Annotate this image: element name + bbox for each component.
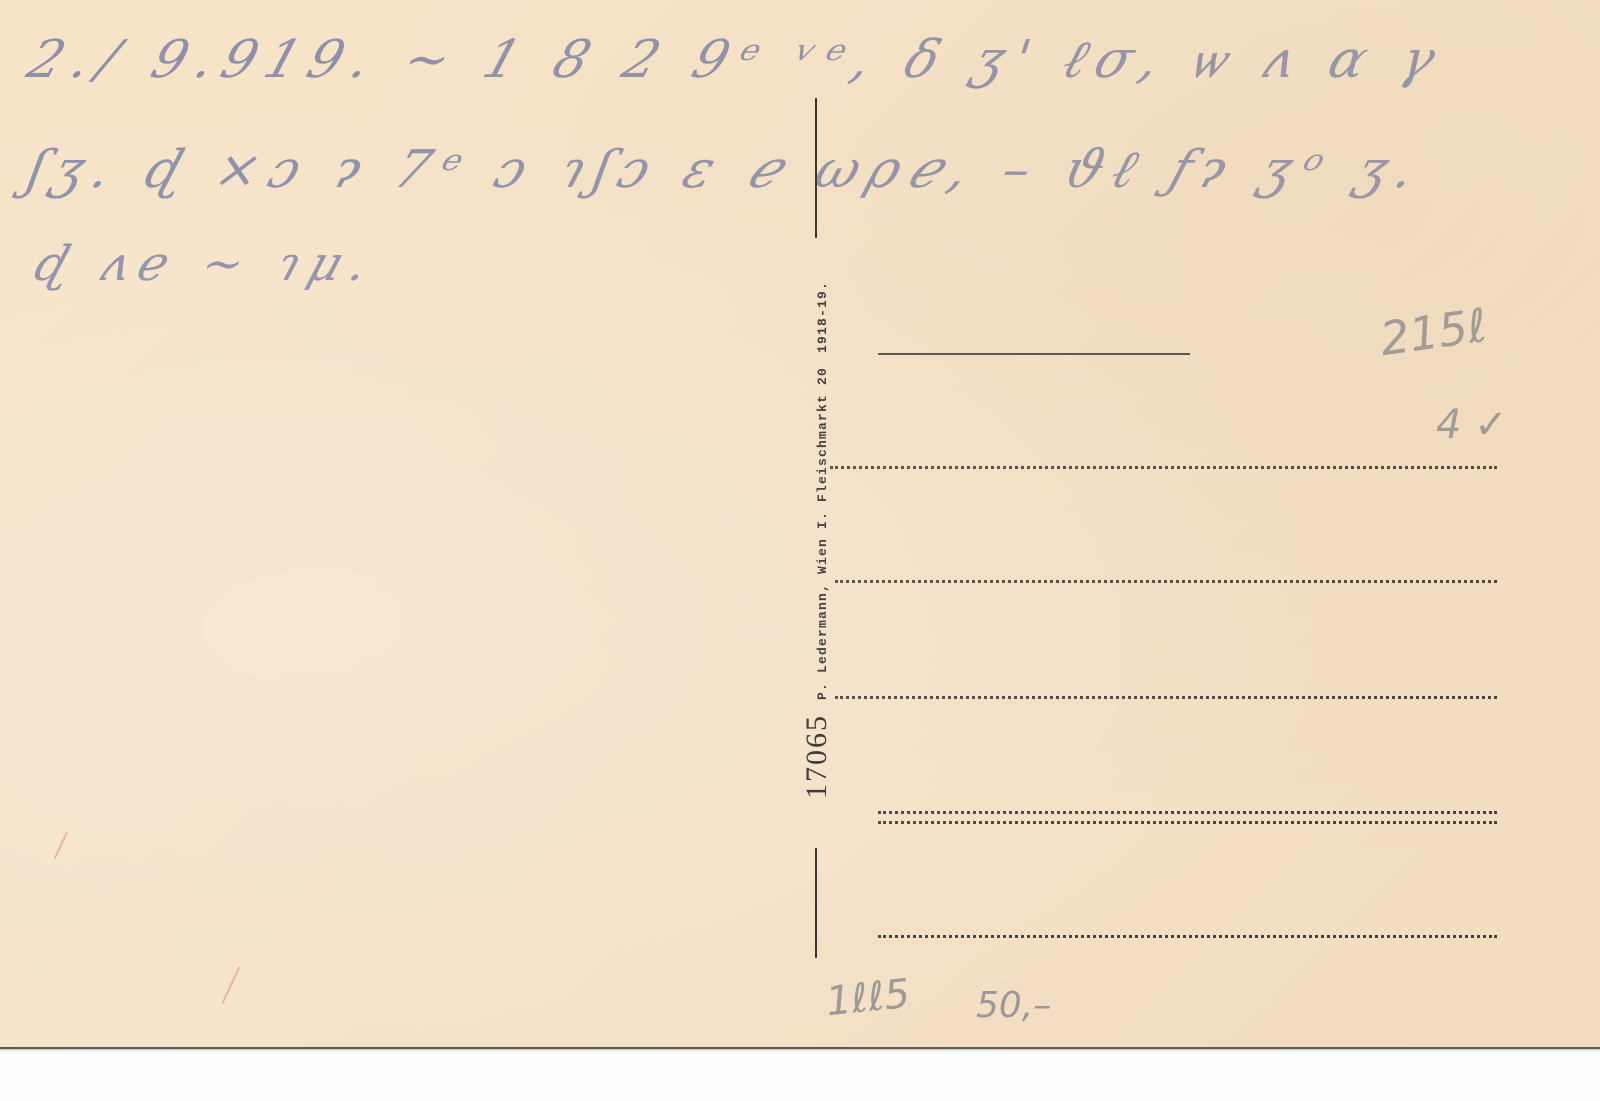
center-divider-top [815,98,817,238]
address-line-5a [878,811,1497,814]
handwritten-message-line-2: ʃʒ. ɖ ×ɔ ɂ 7ᵉ ɔ ɿʃɔ ε ℯ ωρℯ, – ϑℓ ƒɂ ʒᵒ … [20,140,1433,200]
pencil-price-code: 215ℓ [1377,298,1490,366]
print-years: 1918-19. [815,281,830,353]
handwritten-message-line-1: 2./ 9.919. ~ 1 8 2 9ᵉ ᵛᵉ, δ ʒ' ℓσ, ѡ ʌ α… [20,30,1453,90]
address-line-5b [878,821,1497,824]
pencil-price: 50,– [976,985,1051,1026]
card-number: 17065 [800,714,834,799]
paper-mark [54,831,68,859]
paper-mark [222,966,241,1003]
publisher-name: P. Ledermann, Wien I. Fleischmarkt 20 [815,367,830,700]
address-line-1 [878,353,1190,355]
address-line-4 [835,696,1497,699]
pencil-check-mark: 4 ✓ [1436,402,1508,448]
postcard-back: 2./ 9.919. ~ 1 8 2 9ᵉ ᵛᵉ, δ ʒ' ℓσ, ѡ ʌ α… [0,0,1600,1049]
center-divider-bottom [815,848,817,958]
pencil-reference-number: 1ℓℓ5 [824,971,912,1026]
address-line-3 [835,580,1497,583]
address-line-6 [878,935,1497,938]
handwritten-message-line-3: ɖ ʌe ~ ɿμ. [27,236,386,292]
address-line-2 [830,466,1497,469]
publisher-imprint: 17065 P. Ledermann, Wien I. Fleischmarkt… [800,281,834,799]
